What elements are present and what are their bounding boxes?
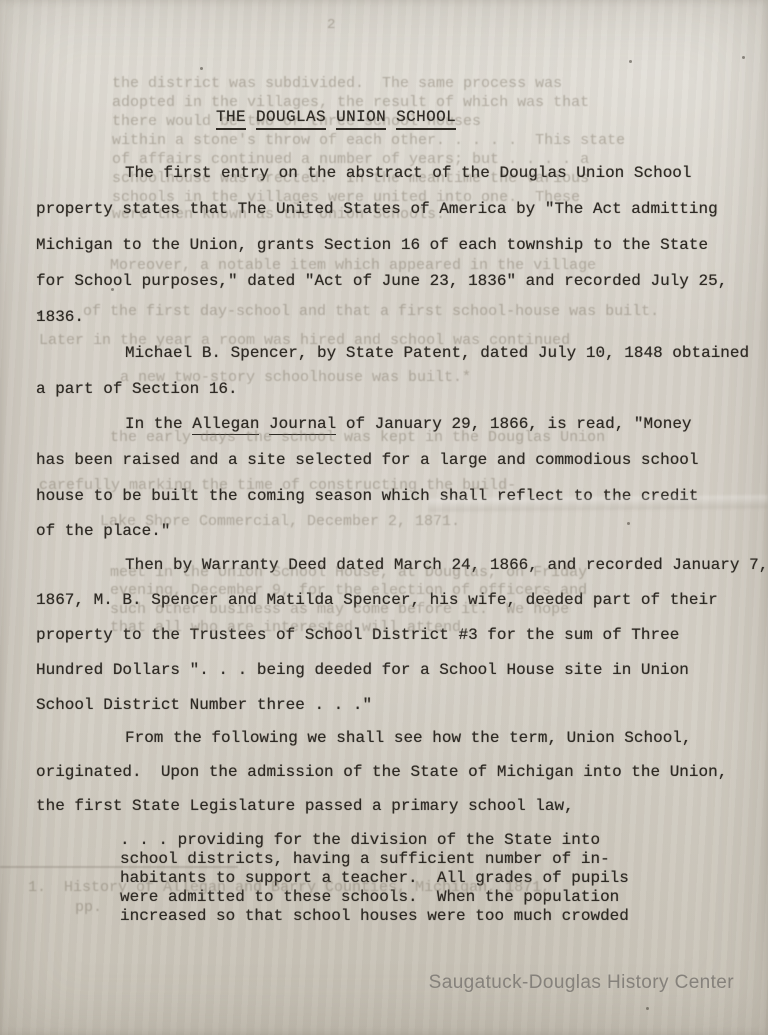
ghost-footnote-line: pp. [75,898,102,917]
watermark-label: Saugatuck-Douglas History Center [429,972,734,994]
body-line: a part of Section 16. [36,380,238,399]
ghost-bleedthrough-line: within a stone's throw of each other. . … [112,131,625,150]
paper-speck [38,313,41,316]
body-line: Michael B. Spencer, by State Patent, dat… [125,344,749,363]
document-title: THE DOUGLAS UNION SCHOOL [216,108,456,127]
ghost-bleedthrough-line: that all who are interested will attend. [110,618,470,637]
quote-line: increased so that school houses were too… [120,907,629,926]
ghost-bleedthrough-line: evening, December 9, for the election of… [110,581,587,600]
body-line: the first State Legislature passed a pri… [36,797,574,816]
body-line: The first entry on the abstract of the D… [125,164,692,183]
paper-speck [646,1007,649,1010]
ghost-bleedthrough-line: the district was subdivided. The same pr… [112,74,562,93]
scanned-document-photo: 2 the district was subdivided. The same … [0,0,768,1035]
ghost-bleedthrough-line: the early days the school was kept in th… [110,428,605,447]
paper-speck [200,67,203,70]
body-line: Michigan to the Union, grants Section 16… [36,236,708,255]
ghost-bleedthrough-line: meet in the Union School House, at Dougl… [110,563,587,582]
body-line: From the following we shall see how the … [125,729,692,748]
body-line: property states that The United States o… [36,200,718,219]
ghost-bleedthrough-line: carefully marking the time of constructi… [39,476,516,495]
paper-speck [742,56,745,59]
paper-speck [111,288,114,291]
paper-speck [627,522,630,525]
body-line: has been raised and a site selected for … [36,451,699,470]
ghost-bleedthrough-line: Moreover, a notable item which appeared … [110,256,596,275]
ghost-bleedthrough-line: Lake Shore Commercial, December 2, 1871. [100,512,460,531]
body-line: 1836. [36,308,84,327]
body-line: originated. Upon the admission of the St… [36,763,727,782]
body-line: Hundred Dollars ". . . being deeded for … [36,661,689,680]
quote-line: . . . providing for the division of the … [120,831,600,850]
ghost-bleedthrough-line: such other business as may come before i… [110,600,569,619]
ghost-footnote-rule [0,866,238,868]
body-line: School District Number three . . ." [36,696,372,715]
ghost-footnote-line: 1. History of Allegan and Barry Counties… [28,878,550,897]
paper-crease [428,495,768,512]
ghost-bleedthrough-line: of the first day-school and that a first… [83,302,659,321]
paper-speck [629,60,632,63]
ghost-page-number: 2 [327,16,335,35]
